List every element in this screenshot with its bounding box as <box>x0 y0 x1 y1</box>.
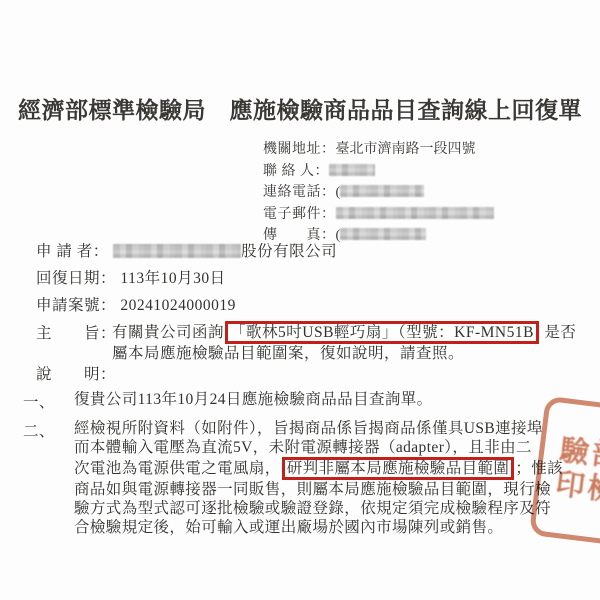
reply-date-value: 113年10月30日 <box>120 270 225 287</box>
item-2-line-2: 而本體輸入電壓為直流5V，未附電源轉接器（adapter），且非由二 <box>74 438 574 457</box>
item-2-line-1: 經檢視所附資料（如附件），旨揭商品係旨揭商品係僅具USB連接埠 <box>74 419 574 438</box>
subject-line-1: 有關貴公司函詢「歌林5吋USB輕巧扇」（型號：KF-MN51B 是否 <box>112 321 574 344</box>
item-2-line-3-pre: 次電池為電源供電之電風扇， <box>74 460 281 477</box>
item-2-line-5: 驗方式為型式認可逐批檢驗或驗證登錄，依規定須完成檢驗程序及符 <box>74 499 574 518</box>
subject-section: 主 旨： 有關貴公司函詢「歌林5吋USB輕巧扇」（型號：KF-MN51B 是否 … <box>36 321 586 364</box>
case-number-row: 申請案號： 20241024000019 <box>36 293 236 315</box>
subject-after-box: 是否 <box>540 324 576 341</box>
agency-contact-person-label: 聯 絡 人： <box>263 164 329 179</box>
redacted-email-address <box>336 207 494 219</box>
item-2-line-6: 合檢驗規定後，始可輸入或運出廠場於國內市場陳列或銷售。 <box>74 518 574 537</box>
agency-address-label: 機關地址： <box>263 142 336 157</box>
agency-phone-row: 連絡電話：( <box>263 182 494 204</box>
subject-text: 有關貴公司函詢「歌林5吋USB輕巧扇」（型號：KF-MN51B 是否 屬本局應施… <box>112 321 574 364</box>
subject-line-2: 屬本局應施檢驗品目範圍案，復如說明，請查照。 <box>112 344 574 364</box>
applicant-suffix: 股份有限公司 <box>241 243 337 260</box>
explanation-item-2: 二、 經檢視所附資料（如附件），旨揭商品係旨揭商品係僅具USB連接埠 而本體輸入… <box>23 419 574 537</box>
explanation-item-1: 一、復貴公司113年10月24日應施檢驗商品品目查詢單。 <box>23 390 574 412</box>
agency-contact-person-row: 聯 絡 人： <box>263 161 494 183</box>
reply-date-row: 回復日期： 113年10月30日 <box>36 266 226 288</box>
item-1-text: 復貴公司113年10月24日應施檢驗商品品目查詢單。 <box>74 390 574 409</box>
item-2-line-3: 次電池為電源供電之電風扇，研判非屬本局應施檢驗品目範圍；惟該 <box>74 457 574 480</box>
redacted-applicant-name <box>113 244 241 258</box>
item-2-line-4: 商品如與電源轉接器一同販售，則屬本局應施檢驗品目範圍，現行檢 <box>74 480 574 499</box>
redacted-phone-number <box>340 185 424 197</box>
explanation-label: 說 明： <box>36 362 112 384</box>
redacted-fax-number <box>340 228 426 240</box>
subject-before-box: 有關貴公司函詢 <box>112 324 224 341</box>
subject-label: 主 旨： <box>36 321 112 343</box>
seal-characters: 經濟 部檢 驗印 <box>551 434 600 513</box>
agency-email-row: 電子郵件： <box>263 204 494 226</box>
document-title: 經濟部標準檢驗局 應施檢驗商品品目查詢線上回復單 <box>0 92 600 125</box>
agency-phone-label: 連絡電話： <box>263 185 336 200</box>
applicant-row: 申 請 者： 股份有限公司 <box>36 239 337 261</box>
agency-address-row: 機關地址：臺北市濟南路一段四號 <box>263 139 494 161</box>
item-2-text: 經檢視所附資料（如附件），旨揭商品係旨揭商品係僅具USB連接埠 而本體輸入電壓為… <box>74 419 574 537</box>
explanation-section-label: 說 明： <box>36 362 112 384</box>
agency-contact-block: 機關地址：臺北市濟南路一段四號 聯 絡 人： 連絡電話：( 電子郵件： 傳 真：… <box>263 139 494 247</box>
highlight-box-verdict: 研判非屬本局應施檢驗品目範圍 <box>282 457 515 480</box>
scanned-document-page: 經濟部標準檢驗局 應施檢驗商品品目查詢線上回復單 機關地址：臺北市濟南路一段四號… <box>0 0 600 600</box>
agency-address-value: 臺北市濟南路一段四號 <box>336 142 476 157</box>
case-number-label: 申請案號： <box>36 297 120 314</box>
item-1-number: 一、 <box>23 390 74 412</box>
redacted-contact-person <box>329 164 375 176</box>
item-2-number: 二、 <box>23 419 74 441</box>
applicant-label: 申 請 者： <box>36 243 113 260</box>
highlight-box-product-name: 「歌林5吋USB輕巧扇」（型號：KF-MN51B <box>225 321 539 344</box>
reply-date-label: 回復日期： <box>36 270 120 287</box>
agency-email-label: 電子郵件： <box>263 207 336 222</box>
case-number-value: 20241024000019 <box>120 297 236 314</box>
seal-column-3: 驗印 <box>551 434 588 505</box>
